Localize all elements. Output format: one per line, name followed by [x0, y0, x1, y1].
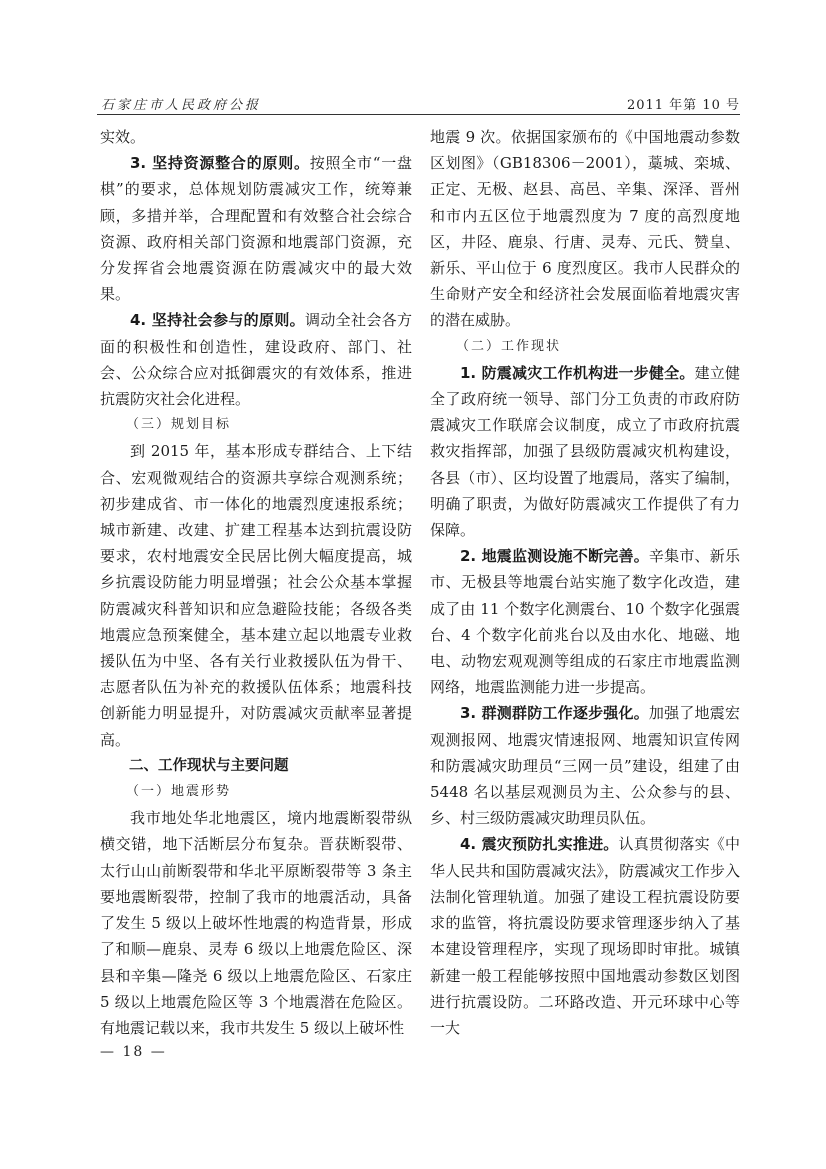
- paragraph-body: 建立健全了政府统一领导、部门分工负责的市政府防震减灾工作联席会议制度，成立了市政…: [430, 364, 740, 539]
- paragraph: 我市地处华北地震区，境内地震断裂带纵横交错，地下活断层分布复杂。晋获断裂带、太行…: [100, 805, 412, 1041]
- right-column: 地震 9 次。依据国家颁布的《中国地震动参数区划图》（GB18306－2001）…: [430, 124, 740, 1041]
- paragraph: 实效。: [100, 124, 412, 150]
- item-heading: 3. 群测群防工作逐步强化。: [460, 704, 649, 722]
- paragraph-body: 辛集市、新乐市、无极县等地震台站实施了数字化改造，建成了由 11 个数字化测震台…: [430, 547, 740, 696]
- item-heading: 2. 地震监测设施不断完善。: [460, 547, 649, 565]
- section-heading: 二、工作现状与主要问题: [100, 753, 412, 779]
- principle-heading: 3. 坚持资源整合的原则。: [130, 154, 310, 172]
- paragraph: 地震 9 次。依据国家颁布的《中国地震动参数区划图》（GB18306－2001）…: [430, 124, 740, 334]
- subsection-heading: （二）工作现状: [430, 334, 740, 360]
- paragraph: 3. 坚持资源整合的原则。按照全市“一盘棋”的要求，总体规划防震减灾工作，统筹兼…: [100, 150, 412, 307]
- paragraph-body: 加强了地震宏观测报网、地震灾情速报网、地震知识宣传网和防震减灾助理员“三网一员”…: [430, 704, 740, 827]
- page-header: 石家庄市人民政府公报 2011 年第 10 号: [97, 90, 740, 115]
- left-column: 实效。 3. 坚持资源整合的原则。按照全市“一盘棋”的要求，总体规划防震减灾工作…: [100, 124, 412, 1041]
- paragraph: 3. 群测群防工作逐步强化。加强了地震宏观测报网、地震灾情速报网、地震知识宣传网…: [430, 700, 740, 831]
- paragraph: 1. 防震减灾工作机构进一步健全。建立健全了政府统一领导、部门分工负责的市政府防…: [430, 360, 740, 543]
- paragraph: 4. 震灾预防扎实推进。认真贯彻落实《中华人民共和国防震减灾法》，防震减灾工作步…: [430, 831, 740, 1041]
- paragraph: 4. 坚持社会参与的原则。调动全社会各方面的积极性和创造性，建设政府、部门、社会…: [100, 307, 412, 412]
- principle-heading: 4. 坚持社会参与的原则。: [130, 311, 305, 329]
- page-number: — 18 —: [100, 1044, 167, 1060]
- item-heading: 4. 震灾预防扎实推进。: [460, 835, 619, 853]
- paragraph-body: 认真贯彻落实《中华人民共和国防震减灾法》，防震减灾工作步入法制化管理轨道。加强了…: [430, 835, 740, 1036]
- paragraph: 到 2015 年，基本形成专群结合、上下结合、宏观微观结合的资源共享综合观测系统…: [100, 438, 412, 752]
- item-heading: 1. 防震减灾工作机构进一步健全。: [460, 364, 695, 382]
- issue-number: 2011 年第 10 号: [627, 94, 740, 113]
- subsection-heading: （一）地震形势: [100, 779, 412, 805]
- subsection-heading: （三）规划目标: [100, 412, 412, 438]
- paragraph-body: 按照全市“一盘棋”的要求，总体规划防震减灾工作，统筹兼顾，多措并举，合理配置和有…: [100, 154, 412, 303]
- publication-title: 石家庄市人民政府公报: [101, 94, 261, 113]
- paragraph: 2. 地震监测设施不断完善。辛集市、新乐市、无极县等地震台站实施了数字化改造，建…: [430, 543, 740, 700]
